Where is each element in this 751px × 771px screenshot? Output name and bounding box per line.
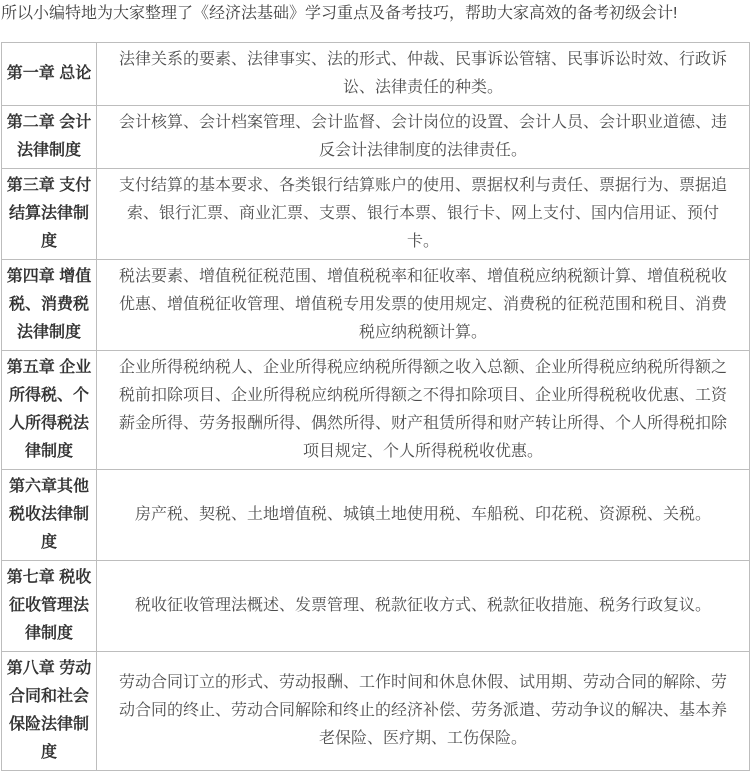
- table-row: 第七章 税收征收管理法律制度 税收征收管理法概述、发票管理、税款征收方式、税款征…: [2, 561, 750, 652]
- content-cell: 会计核算、会计档案管理、会计监督、会计岗位的设置、会计人员、会计职业道德、违反会…: [97, 106, 750, 169]
- content-cell: 税法要素、增值税征税范围、增值税税率和征收率、增值税应纳税额计算、增值税税收优惠…: [97, 260, 750, 351]
- chapter-cell: 第三章 支付结算法律制度: [2, 169, 97, 260]
- content-cell: 企业所得税纳税人、企业所得税应纳税所得额之收入总额、企业所得税应纳税所得额之税前…: [97, 351, 750, 470]
- chapter-cell: 第七章 税收征收管理法律制度: [2, 561, 97, 652]
- content-cell: 法律关系的要素、法律事实、法的形式、仲裁、民事诉讼管辖、民事诉讼时效、行政诉讼、…: [97, 43, 750, 106]
- table-row: 第四章 增值税、消费税法律制度 税法要素、增值税征税范围、增值税税率和征收率、增…: [2, 260, 750, 351]
- article-page: 所以小编特地为大家整理了《经济法基础》学习重点及备考技巧，帮助大家高效的备考初级…: [0, 0, 751, 771]
- chapter-cell: 第五章 企业所得税、个人所得税法律制度: [2, 351, 97, 470]
- table-row: 第二章 会计法律制度 会计核算、会计档案管理、会计监督、会计岗位的设置、会计人员…: [2, 106, 750, 169]
- chapter-summary-table: 第一章 总论 法律关系的要素、法律事实、法的形式、仲裁、民事诉讼管辖、民事诉讼时…: [1, 42, 750, 771]
- content-cell: 房产税、契税、土地增值税、城镇土地使用税、车船税、印花税、资源税、关税。: [97, 470, 750, 561]
- chapter-cell: 第八章 劳动合同和社会保险法律制度: [2, 652, 97, 771]
- chapter-cell: 第二章 会计法律制度: [2, 106, 97, 169]
- content-cell: 劳动合同订立的形式、劳动报酬、工作时间和休息休假、试用期、劳动合同的解除、劳动合…: [97, 652, 750, 771]
- intro-paragraph: 所以小编特地为大家整理了《经济法基础》学习重点及备考技巧，帮助大家高效的备考初级…: [1, 3, 751, 25]
- content-cell: 支付结算的基本要求、各类银行结算账户的使用、票据权利与责任、票据行为、票据追索、…: [97, 169, 750, 260]
- content-cell: 税收征收管理法概述、发票管理、税款征收方式、税款征收措施、税务行政复议。: [97, 561, 750, 652]
- table-row: 第六章其他税收法律制度 房产税、契税、土地增值税、城镇土地使用税、车船税、印花税…: [2, 470, 750, 561]
- chapter-cell: 第一章 总论: [2, 43, 97, 106]
- chapter-cell: 第四章 增值税、消费税法律制度: [2, 260, 97, 351]
- table-row: 第八章 劳动合同和社会保险法律制度 劳动合同订立的形式、劳动报酬、工作时间和休息…: [2, 652, 750, 771]
- table-row: 第一章 总论 法律关系的要素、法律事实、法的形式、仲裁、民事诉讼管辖、民事诉讼时…: [2, 43, 750, 106]
- table-row: 第三章 支付结算法律制度 支付结算的基本要求、各类银行结算账户的使用、票据权利与…: [2, 169, 750, 260]
- chapter-cell: 第六章其他税收法律制度: [2, 470, 97, 561]
- table-row: 第五章 企业所得税、个人所得税法律制度 企业所得税纳税人、企业所得税应纳税所得额…: [2, 351, 750, 470]
- chapter-table-body: 第一章 总论 法律关系的要素、法律事实、法的形式、仲裁、民事诉讼管辖、民事诉讼时…: [2, 43, 750, 771]
